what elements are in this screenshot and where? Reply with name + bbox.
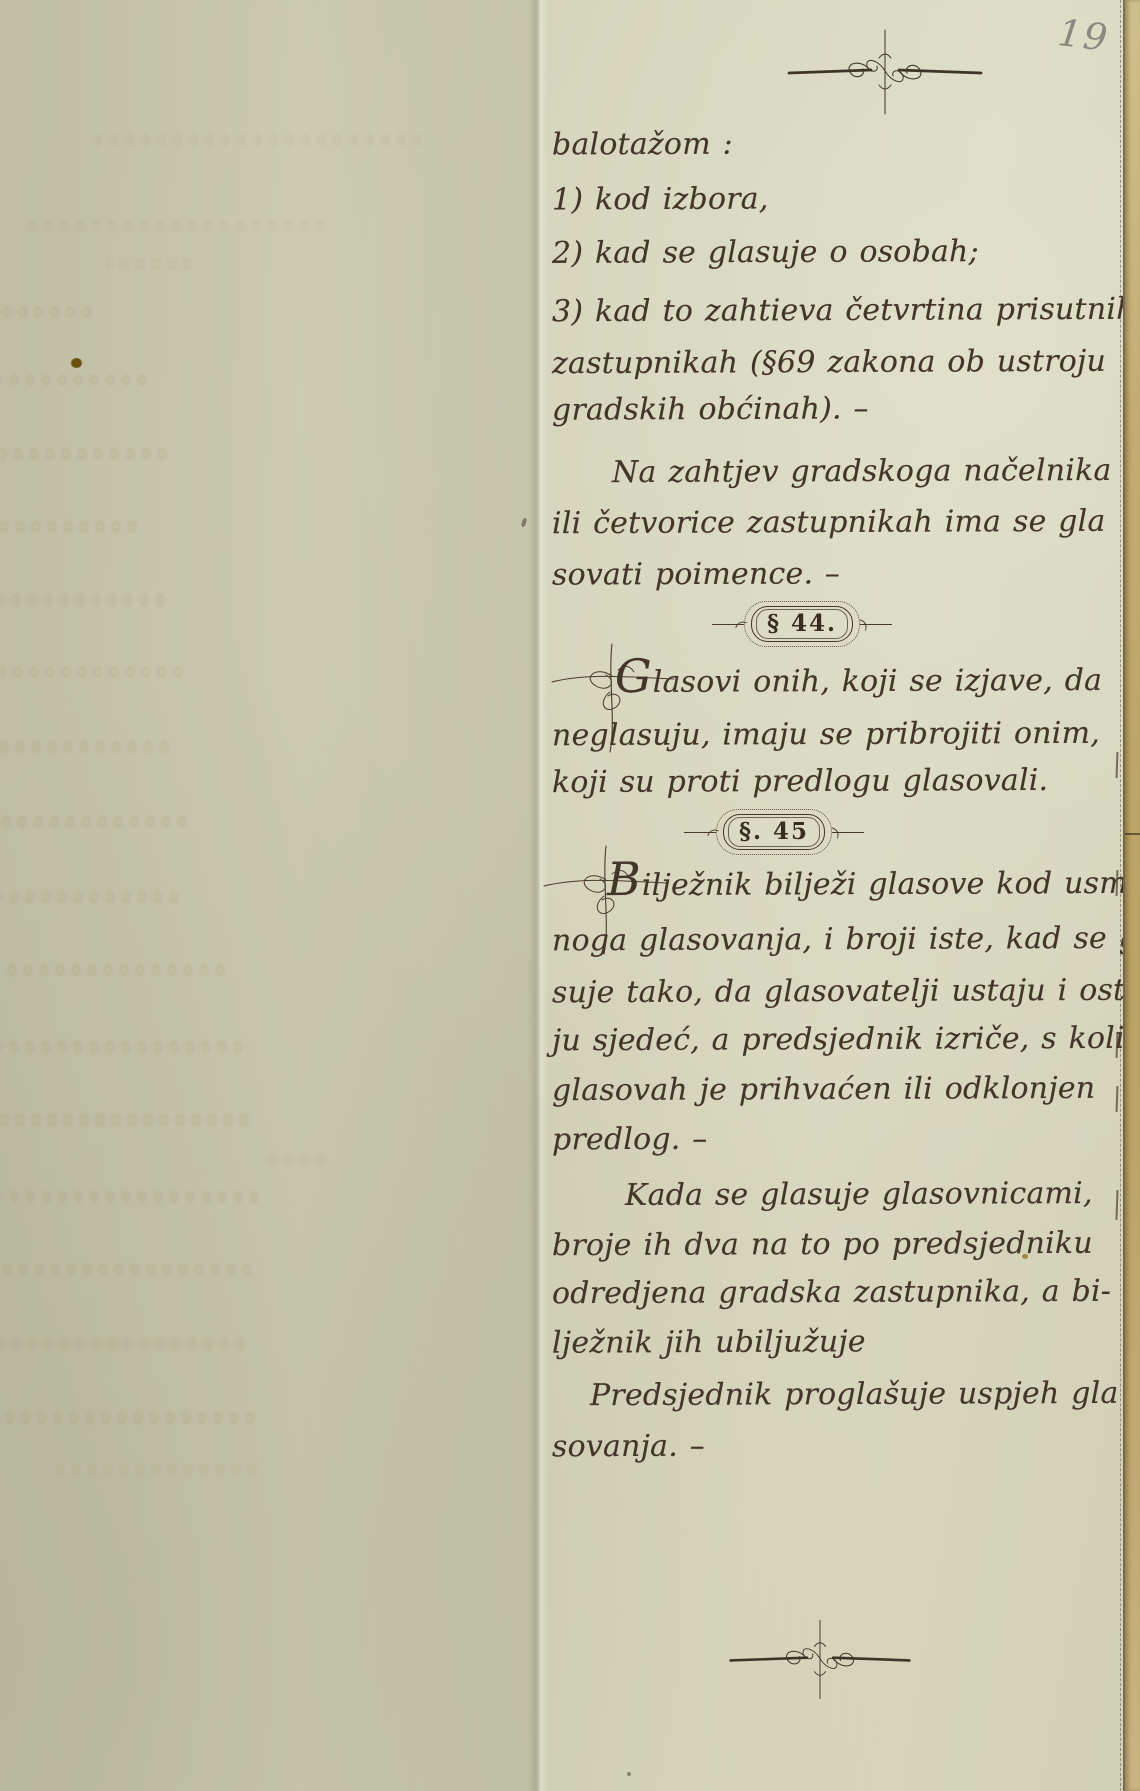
manuscript-line: zastupnikah (§69 zakona ob ustroju (552, 344, 1106, 381)
margin-ink-tick (1116, 1086, 1119, 1112)
manuscript-line: odredjena gradska zastupnika, a bi- (552, 1274, 1111, 1311)
section-number: §. 45 (723, 814, 825, 850)
heading-flourish-icon (832, 832, 864, 833)
bleed-through-line (28, 214, 328, 238)
manuscript-line: predlog. – (552, 1122, 708, 1158)
manuscript-page: 19 balotažom : 1) kod izbora, 2) kad se … (0, 0, 1140, 1791)
section-heading-45: §. 45 (684, 814, 864, 850)
bleed-through-line (0, 1332, 248, 1356)
manuscript-line: 2) kad se glasuje o osobah; (552, 234, 979, 271)
manuscript-line: neglasuju, imaju se pribrojiti onim, (552, 716, 1100, 753)
book-binding-edge (1123, 0, 1140, 1791)
bleed-through-line (0, 735, 172, 759)
ink-blot (70, 358, 83, 368)
manuscript-line: Bilježnik bilježi glasove kod usme (607, 862, 1140, 903)
heading-flourish-icon (684, 832, 716, 833)
margin-ink-tick (1116, 752, 1119, 778)
binding-seam (1125, 833, 1140, 835)
manuscript-line: sovanja. – (552, 1429, 705, 1465)
section-heading-44: § 44. (712, 606, 892, 642)
bleed-through-line (0, 300, 95, 324)
page-number: 19 (1056, 11, 1112, 60)
manuscript-line: glasovah je prihvaćen ili odklonjen (552, 1071, 1095, 1108)
margin-ink-tick (1115, 1190, 1118, 1220)
divider-ornament-bottom-icon (725, 1612, 915, 1707)
manuscript-line: Predsjednik proglašuje uspjeh gla (590, 1376, 1119, 1413)
ink-speck (1022, 1254, 1028, 1259)
bleed-through-line (0, 1185, 262, 1209)
bleed-through-line (0, 1258, 255, 1282)
manuscript-line: Kada se glasuje glasovnicami, (625, 1176, 1093, 1213)
bleed-through-line (0, 958, 228, 982)
section-number: § 44. (751, 606, 853, 642)
manuscript-line: 3) kad to zahtieva četvrtina prisutnih (552, 292, 1136, 330)
manuscript-line: noga glasovanja, i broji iste, kad se gl… (552, 921, 1140, 959)
ink-speck (627, 1772, 631, 1776)
heading-flourish-icon (860, 624, 892, 625)
bleed-through-line (268, 1148, 328, 1172)
manuscript-line: ju sjedeć, a predsjednik izriče, s kolik… (552, 1021, 1140, 1059)
divider-ornament-top-icon (783, 22, 987, 122)
manuscript-line: Glasovi onih, koji se izjave, da (615, 659, 1102, 700)
manuscript-line: ili četvorice zastupnikah ima se gla (552, 504, 1106, 541)
bleed-through-line (90, 128, 425, 152)
bleed-through-line (0, 368, 150, 392)
manuscript-line: Na zahtjev gradskoga načelnika (612, 453, 1112, 490)
bleed-through-line (0, 660, 185, 684)
manuscript-line: suje tako, da glasovatelji ustaju i osta… (552, 973, 1140, 1011)
bleed-through-line (0, 515, 140, 539)
manuscript-line: koji su proti predlogu glasovali. (552, 763, 1048, 800)
manuscript-line: balotažom : (552, 127, 733, 163)
bleed-through-line (0, 442, 170, 466)
bleed-through-line (0, 1406, 258, 1430)
manuscript-line: sovati poimence. – (552, 556, 840, 592)
bleed-through-line (0, 810, 190, 834)
bleed-through-line (0, 588, 168, 612)
heading-flourish-icon (712, 624, 744, 625)
bleed-through-line (105, 252, 195, 276)
manuscript-line: 1) kod izbora, (552, 182, 769, 218)
bleed-through-line (55, 1458, 260, 1482)
bleed-through-line (0, 1108, 252, 1132)
manuscript-line: broje ih dva na to po predsjedniku (552, 1226, 1093, 1263)
manuscript-line: lježnik jih ubiljužuje (552, 1324, 866, 1360)
manuscript-line: gradskih obćinah). – (552, 391, 869, 427)
bleed-through-line (0, 885, 182, 909)
bleed-through-line (0, 1035, 246, 1059)
